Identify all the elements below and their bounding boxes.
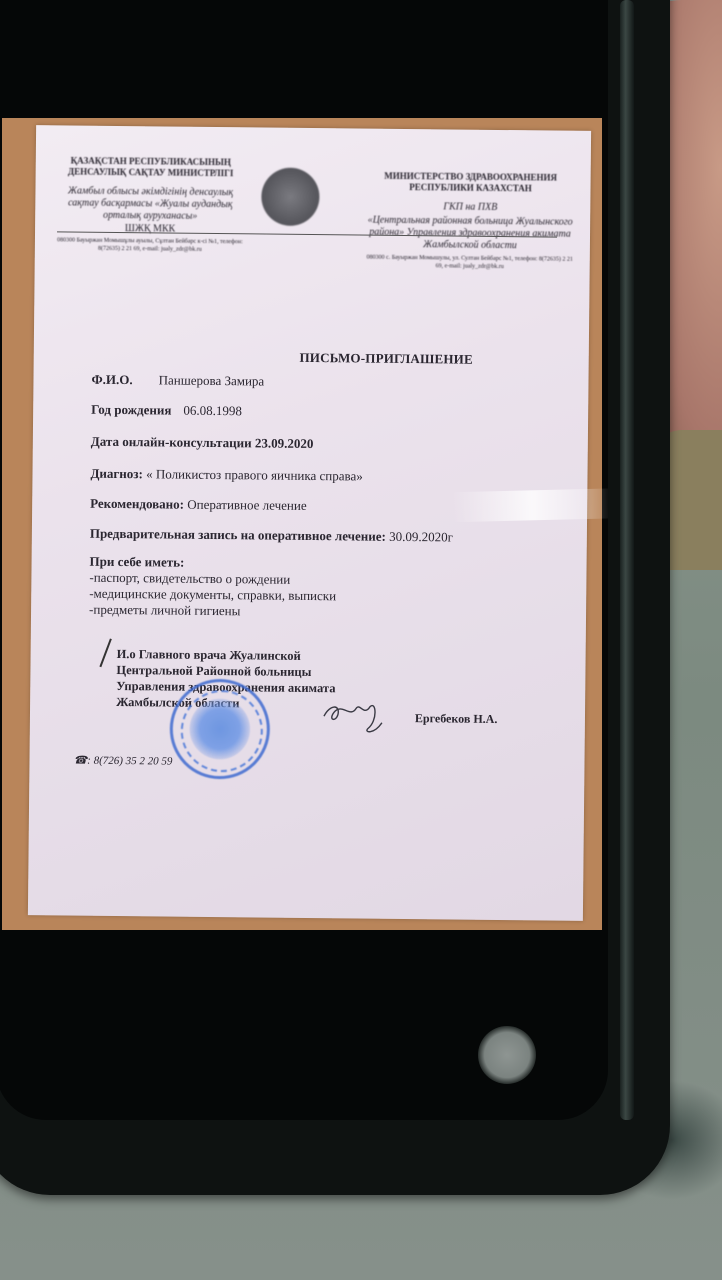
telephone-icon: ☎ — [73, 755, 87, 767]
header-left-address: 080300 Бауыржан Момышұлы ауылы, Сұлтан Б… — [55, 236, 245, 254]
light-glare — [452, 488, 608, 522]
birth-row: Год рождения06.08.1998 — [91, 402, 242, 420]
camera-lens-icon — [478, 1026, 536, 1084]
document-title: ПИСЬМО-ПРИГЛАШЕНИЕ — [34, 347, 589, 369]
fio-value: Паншерова Замира — [159, 372, 265, 388]
header-left-org: ҚАЗАҚСТАН РЕСПУБЛИКАСЫНЫҢ ДЕНСАУЛЫҚ САҚТ… — [56, 155, 246, 179]
header-right: МИНИСТЕРСТВО ЗДРАВООХРАНЕНИЯ РЕСПУБЛИКИ … — [365, 171, 576, 272]
birth-label: Год рождения — [91, 402, 171, 418]
contact-phone: ☎: 8(726) 35 2 20 59 — [73, 754, 172, 768]
handwritten-signature-icon — [320, 698, 400, 739]
contact-phone-number: : 8(726) 35 2 20 59 — [87, 755, 172, 768]
birth-value: 06.08.1998 — [183, 403, 242, 419]
signer-name: Ергебеков Н.А. — [415, 711, 498, 727]
phone-screen: ҚАЗАҚСТАН РЕСПУБЛИКАСЫНЫҢ ДЕНСАУЛЫҚ САҚТ… — [0, 0, 608, 1120]
recommended-label: Рекомендовано: — [90, 496, 184, 512]
fio-label: Ф.И.О. — [91, 372, 132, 387]
header-right-sub-abbr: ГКП на ПХВ — [365, 201, 575, 215]
consult-label: Дата онлайн-консультации — [91, 434, 252, 451]
document-photo[interactable]: ҚАЗАҚСТАН РЕСПУБЛИКАСЫНЫҢ ДЕНСАУЛЫҚ САҚТ… — [2, 118, 602, 930]
fio-row: Ф.И.О.Паншерова Замира — [91, 372, 264, 390]
recommended-row: Рекомендовано: Оперативное лечение — [90, 496, 307, 514]
header-right-sub: «Центральная районная больница Жуалынско… — [365, 215, 575, 253]
consult-row: Дата онлайн-консультации 23.09.2020 — [91, 434, 314, 452]
slash-mark — [99, 638, 111, 667]
header-left-sub: Жамбыл облысы әкімдігінің денсаулық сақт… — [55, 185, 245, 223]
header-left: ҚАЗАҚСТАН РЕСПУБЛИКАСЫНЫҢ ДЕНСАУЛЫҚ САҚТ… — [55, 155, 246, 254]
header-right-address: 080300 с. Бауыржан Момышулы, ул. Султан … — [365, 254, 575, 272]
diagnosis-value: « Поликистоз правого яичника справа» — [146, 466, 363, 483]
phone-side-edge — [620, 0, 634, 1120]
prebook-value: 30.09.2020г — [389, 529, 453, 545]
prebook-row: Предварительная запись на оперативное ле… — [90, 526, 453, 546]
invitation-letter: ҚАЗАҚСТАН РЕСПУБЛИКАСЫНЫҢ ДЕНСАУЛЫҚ САҚТ… — [28, 125, 591, 921]
bring-item: -предметы личной гигиены — [89, 602, 241, 620]
bring-label: При себе иметь: — [89, 554, 184, 571]
official-stamp-icon — [169, 679, 270, 780]
header-right-org: МИНИСТЕРСТВО ЗДРАВООХРАНЕНИЯ РЕСПУБЛИКИ … — [365, 171, 575, 195]
consult-value: 23.09.2020 — [255, 435, 314, 451]
prebook-label: Предварительная запись на оперативное ле… — [90, 526, 386, 544]
kazakhstan-emblem-icon — [261, 167, 320, 226]
diagnosis-row: Диагноз: « Поликистоз правого яичника сп… — [90, 466, 362, 485]
recommended-value: Оперативное лечение — [187, 497, 307, 513]
smartphone: ҚАЗАҚСТАН РЕСПУБЛИКАСЫНЫҢ ДЕНСАУЛЫҚ САҚТ… — [0, 0, 670, 1195]
diagnosis-label: Диагноз: — [90, 466, 143, 482]
